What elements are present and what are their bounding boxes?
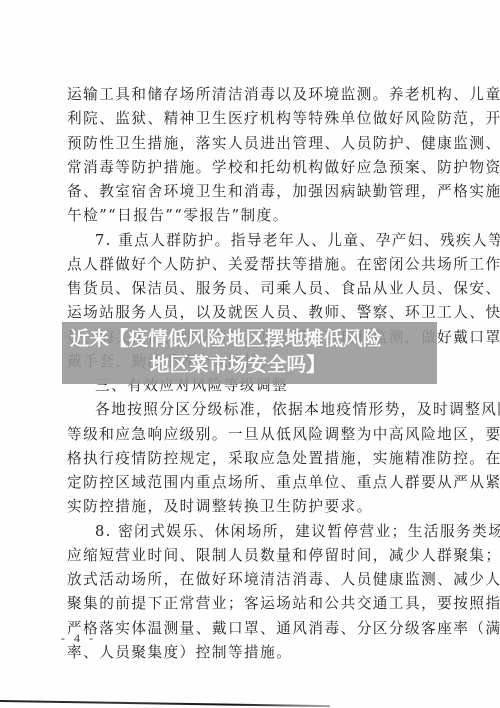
paragraph-line: 各地按照分区分级标准，依据本地疫情形势，及时调整风险: [67, 398, 443, 422]
paragraph-line: 严格落实体温测量、戴口罩、通风消毒、分区分级客座率（满载: [67, 617, 443, 641]
paragraph-line: 放式活动场所，在做好环境清洁消毒、人员健康监测、减少人群: [67, 568, 443, 592]
paragraph-line: 聚集的前提下正常营业；客运场站和公共交通工具，要按照指南: [67, 592, 443, 616]
paragraph-line: 常消毒等防护措施。学校和托幼机构做好应急预案、防护物资储: [67, 156, 443, 180]
paragraph-line: 实防控措施，及时调整转换卫生防护要求。: [67, 495, 443, 519]
paragraph-line: 点人群做好个人防护、关爱帮扶等措施。在密闭公共场所工作的: [67, 253, 443, 277]
paragraph-line: 应缩短营业时间、限制人员数量和停留时间，减少人群聚集；开: [67, 544, 443, 568]
scan-edge-line: [0, 700, 330, 707]
paragraph-line-item-7: 7. 重点人群防护。指导老年人、儿童、孕产妇、残疾人等重: [67, 229, 443, 253]
paragraph-line-item-8: 8. 密闭式娱乐、休闲场所，建议暂停营业；生活服务类场所，: [67, 520, 443, 544]
paragraph-line: 率、人员聚集度）控制等措施。: [67, 641, 443, 665]
overlay-title: 近来【疫情低风险地区摆地摊低风险 地区菜市场安全吗】: [62, 322, 437, 384]
overlay-title-line-2: 地区菜市场安全吗】: [62, 352, 437, 378]
scanned-document-page: 运输工具和储存场所清洁消毒以及环境监测。养老机构、儿童福 利院、监狱、精神卫生医…: [0, 0, 500, 708]
page-number: - 4 -: [61, 631, 96, 646]
paragraph-line: 运输工具和储存场所清洁消毒以及环境监测。养老机构、儿童福: [67, 83, 443, 107]
paragraph-line: 定防控区域范围内重点场所、重点单位、重点人群要从严从紧落: [67, 471, 443, 495]
paragraph-line: 售货员、保洁员、服务员、司乘人员、食品从业人员、保安、客: [67, 277, 443, 301]
paragraph-line: 利院、监狱、精神卫生医疗机构等特殊单位做好风险防范，开展: [67, 107, 443, 131]
paragraph-line: 午检”“日报告”“零报告”制度。: [67, 204, 443, 228]
paragraph-line: 等级和应急响应级别。一旦从低风险调整为中高风险地区，要严: [67, 423, 443, 447]
paragraph-line: 备、教室宿舍环境卫生和消毒，加强因病缺勤管理，严格实施“晨: [67, 180, 443, 204]
paragraph-line: 预防性卫生措施，落实人员进出管理、人员防护、健康监测、日: [67, 132, 443, 156]
paragraph-line: 格执行疫情防控规定，采取应急处置措施，实施精准防控。在划: [67, 447, 443, 471]
overlay-title-line-1: 近来【疫情低风险地区摆地摊低风险: [62, 326, 437, 352]
title-overlay-banner: 近来【疫情低风险地区摆地摊低风险 地区菜市场安全吗】: [62, 322, 437, 384]
